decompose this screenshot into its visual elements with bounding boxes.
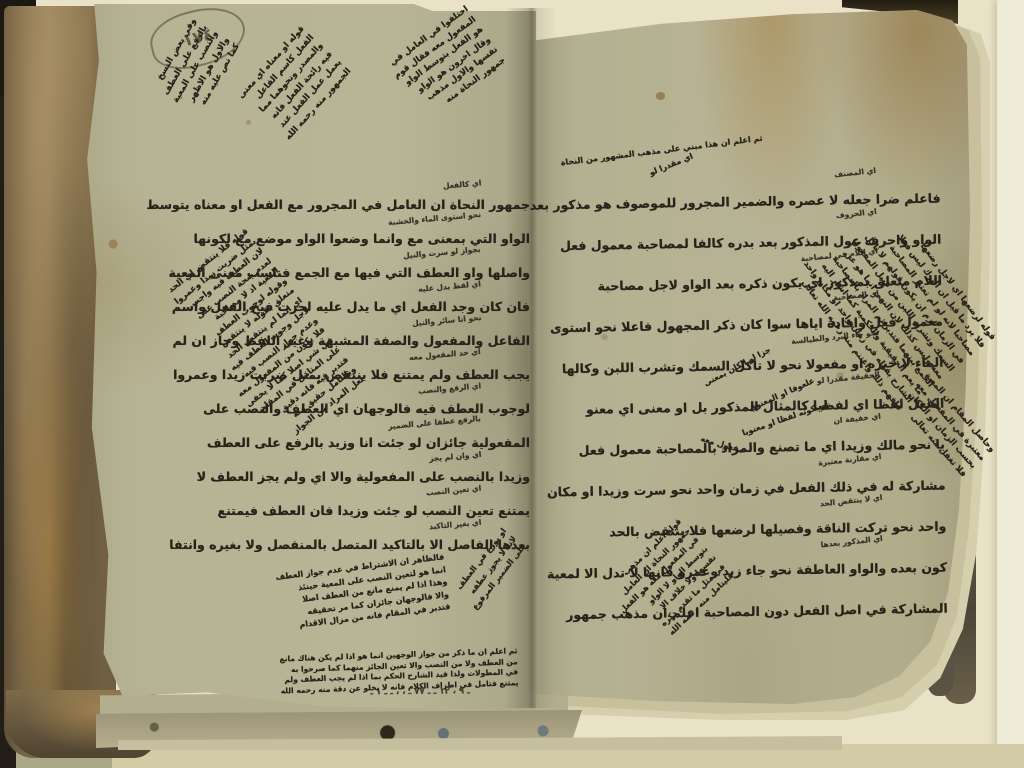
main-text-line: بعدها الفاصل الا بالتاكيد المتصل بالمنفص…	[169, 537, 530, 552]
interlinear-note: اي وان لم يجز	[428, 450, 481, 464]
manuscript-line: اي لا ينتقض الحد واحد نحو تركت الناقة وف…	[548, 495, 947, 543]
manuscript-line: اي الرفع والنصب لوجوب العطف فيه فالوجهان…	[224, 384, 530, 418]
table-surface-right	[997, 0, 1024, 768]
interlinear-note: اي تعين النصب	[425, 484, 481, 498]
main-text-line: الفاعل والمفعول والصفة المشبهة وغير اللف…	[173, 333, 530, 348]
main-text-line: فان كان وجد الفعل اي ما يدل عليه لجرت في…	[172, 299, 530, 314]
main-text-line: يمتنع تعين النصب لو جئت وزيدا فان العطف …	[218, 503, 530, 518]
main-text-line: يجب العطف ولم يمتنع فلا ينتقض بمثل ضربت …	[173, 367, 530, 382]
manuscript-line: بجواز لو سرت والنيل واصلها واو العطف الت…	[224, 248, 530, 282]
interlinear-note: نحو انا سائر والنيل	[411, 313, 481, 328]
manuscript-line: اي تعين النصب يمتنع تعين النصب لو جئت وز…	[224, 486, 530, 520]
manuscript-line: نحو انا سائر والنيل الفاعل والمفعول والص…	[224, 316, 530, 350]
main-text-line: لوجوب العطف فيه فالوجهان اي العطف والنصب…	[203, 401, 530, 416]
interlinear-note: اي خفيفة ان	[833, 412, 881, 426]
stain	[656, 92, 665, 100]
manuscript-line: نحو استوى الماء والخشبة الواو التي بمعنى…	[224, 214, 530, 248]
interlinear-note: اي لفظ يدل عليه	[418, 279, 482, 293]
main-text-line: المفعولية جائزان لو جئت انا وزيد بالرفع …	[207, 435, 530, 450]
manuscript-line: اي لفظ يدل عليه فان كان وجد الفعل اي ما …	[224, 282, 530, 316]
photo-open-manuscript: ١٧٤ وفي بعض النسخبالرفع على العطفوالنصب …	[0, 0, 1024, 768]
manuscript-line: اي وان لم يجز وزيدا بالنصب على المفعولية…	[224, 452, 530, 486]
interlinear-note: اي حد المفعول معه	[409, 347, 481, 362]
left-page-main-text: اي كالفعل جمهور النحاة ان العامل في المج…	[224, 180, 530, 554]
interlinear-note: اي الرفع والنصب	[418, 381, 482, 395]
main-text-line: واصلها واو العطف التي فيها مع الجمع فناس…	[168, 265, 530, 280]
manuscript-line: اي مقارنة معتبرة مشاركة له في ذلك الفعل …	[547, 454, 946, 502]
manuscript-line: بالرفع عطفا على الضمير المفعولية جائزان …	[224, 418, 530, 452]
interlinear-note: اي بغير التاكيد	[428, 518, 481, 532]
manuscript-line: اي المذكور بعدها كون بعده والواو العاطفة…	[549, 536, 948, 584]
main-text-line: وزيدا بالنصب على المفعولية والا اي ولم ي…	[197, 469, 530, 484]
manuscript-line: اي كالفعل جمهور النحاة ان العامل في المج…	[224, 180, 530, 214]
manuscript-line: اي حد المفعول معه يجب العطف ولم يمتنع فل…	[224, 350, 530, 384]
interlinear-note: اي كالفعل	[442, 178, 481, 190]
